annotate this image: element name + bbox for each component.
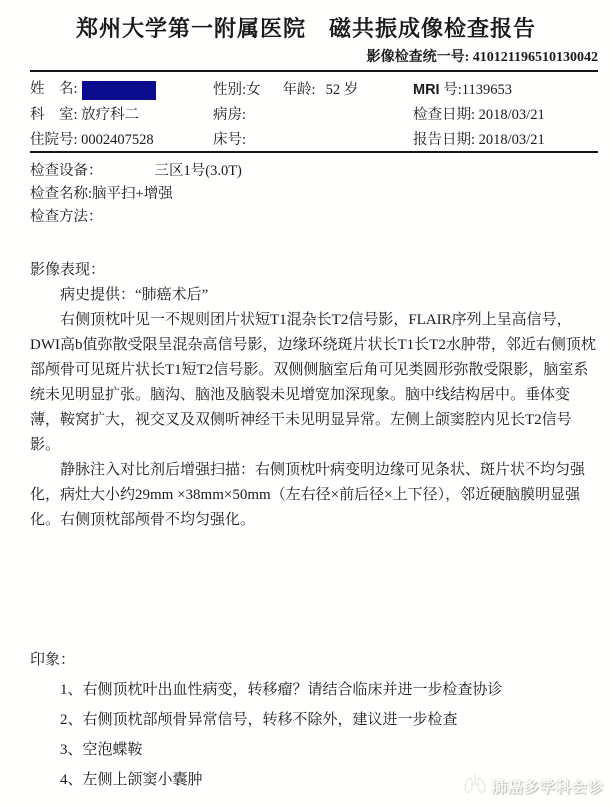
exam-uid-line: 影像检查统一号: 410121196510130042 bbox=[0, 46, 612, 66]
patient-report-date-cell: 报告日期: 2018/03/21 bbox=[413, 128, 598, 149]
findings-history-paragraph: 病史提供：“肺癌术后” bbox=[30, 283, 598, 308]
ward-label: 病房: bbox=[213, 107, 246, 123]
findings-section: 影像表现： 病史提供：“肺癌术后” 右侧顶枕叶见一不规则团片状短T1混杂长T2信… bbox=[30, 258, 598, 533]
bed-label: 床号: bbox=[213, 132, 246, 148]
hospital-title: 郑州大学第一附属医院 磁共振成像检查报告 bbox=[0, 12, 612, 43]
patient-mri-cell: MRI 号:1139653 bbox=[413, 78, 598, 99]
exam-name-label: 检查名称: bbox=[30, 186, 92, 202]
device-value: 三区1号(3.0T) bbox=[155, 163, 242, 179]
findings-heading: 影像表现： bbox=[30, 258, 598, 283]
watermark: 肺癌多学科会诊 bbox=[462, 773, 604, 800]
gender-value: 女 bbox=[246, 82, 261, 98]
exam-method-row: 检查方法： bbox=[30, 206, 598, 229]
patient-exam-date-cell: 检查日期: 2018/03/21 bbox=[413, 103, 598, 124]
admission-label: 住院号: bbox=[30, 132, 81, 148]
report-date-label: 报告日期: bbox=[413, 132, 479, 148]
exam-uid-label: 影像检查统一号: bbox=[367, 50, 473, 65]
exam-name-value: 脑平扫+增强 bbox=[92, 186, 173, 202]
mri-report-page: 郑州大学第一附属医院 磁共振成像检查报告 影像检查统一号: 4101211965… bbox=[0, 0, 612, 806]
impression-item: 3、空泡蝶鞍 bbox=[30, 738, 598, 763]
exam-uid-value: 410121196510130042 bbox=[473, 50, 598, 65]
device-label: 检查设备： bbox=[30, 163, 103, 179]
age-value: 52 岁 bbox=[326, 82, 359, 98]
admission-value: 0002407528 bbox=[81, 132, 154, 148]
patient-row-1: 姓 名: 性别:女年龄:52 岁 MRI 号:1139653 bbox=[30, 76, 598, 101]
patient-dept-cell: 科 室: 放疗科二 bbox=[30, 103, 213, 124]
mri-no-value: 1139653 bbox=[462, 82, 512, 98]
lung-logo-icon bbox=[462, 773, 488, 800]
patient-row-2: 科 室: 放疗科二 病房: 检查日期: 2018/03/21 bbox=[30, 101, 598, 126]
patient-ward-cell: 病房: bbox=[213, 103, 413, 124]
findings-enhanced-scan-paragraph: 静脉注入对比剂后增强扫描：右侧顶枕叶病变明边缘可见条状、斑片状不均匀强化，病灶大… bbox=[30, 458, 598, 533]
patient-gender-age-cell: 性别:女年龄:52 岁 bbox=[213, 78, 413, 99]
exam-info-block: 检查设备：三区1号(3.0T) 检查名称:脑平扫+增强 检查方法： bbox=[30, 153, 598, 229]
gender-label: 性别: bbox=[213, 82, 246, 98]
exam-date-label: 检查日期: bbox=[413, 107, 479, 123]
age-label: 年龄: bbox=[283, 82, 316, 98]
name-label: 姓 名: bbox=[30, 81, 78, 97]
impression-item: 1、右侧顶枕叶出血性病变，转移瘤？请结合临床并进一步检查协诊 bbox=[30, 678, 598, 703]
report-date-value: 2018/03/21 bbox=[479, 132, 545, 148]
dept-label: 科 室: bbox=[30, 107, 81, 123]
patient-info-grid: 姓 名: 性别:女年龄:52 岁 MRI 号:1139653 科 室: 放疗科二… bbox=[30, 72, 598, 151]
patient-name-cell: 姓 名: bbox=[30, 77, 213, 99]
exam-device-row: 检查设备：三区1号(3.0T) bbox=[30, 160, 598, 183]
findings-plain-scan-paragraph: 右侧顶枕叶见一不规则团片状短T1混杂长T2信号影，FLAIR序列上呈高信号，DW… bbox=[30, 308, 598, 458]
name-redaction-box bbox=[82, 81, 156, 100]
mri-label: MRI bbox=[413, 82, 440, 98]
impression-section: 印象： 1、右侧顶枕叶出血性病变，转移瘤？请结合临床并进一步检查协诊 2、右侧顶… bbox=[30, 648, 598, 793]
dept-value: 放疗科二 bbox=[81, 107, 139, 123]
patient-row-3: 住院号: 0002407528 床号: 报告日期: 2018/03/21 bbox=[30, 126, 598, 151]
impression-item: 2、右侧顶枕部颅骨异常信号，转移不除外，建议进一步检查 bbox=[30, 708, 598, 733]
patient-bed-cell: 床号: bbox=[213, 128, 413, 149]
exam-method-label: 检查方法： bbox=[30, 209, 103, 225]
exam-date-value: 2018/03/21 bbox=[479, 107, 545, 123]
watermark-text: 肺癌多学科会诊 bbox=[492, 776, 604, 797]
patient-admission-cell: 住院号: 0002407528 bbox=[30, 128, 213, 149]
mri-no-label: 号: bbox=[440, 82, 462, 98]
exam-name-row: 检查名称:脑平扫+增强 bbox=[30, 183, 598, 206]
impression-heading: 印象： bbox=[30, 648, 598, 673]
